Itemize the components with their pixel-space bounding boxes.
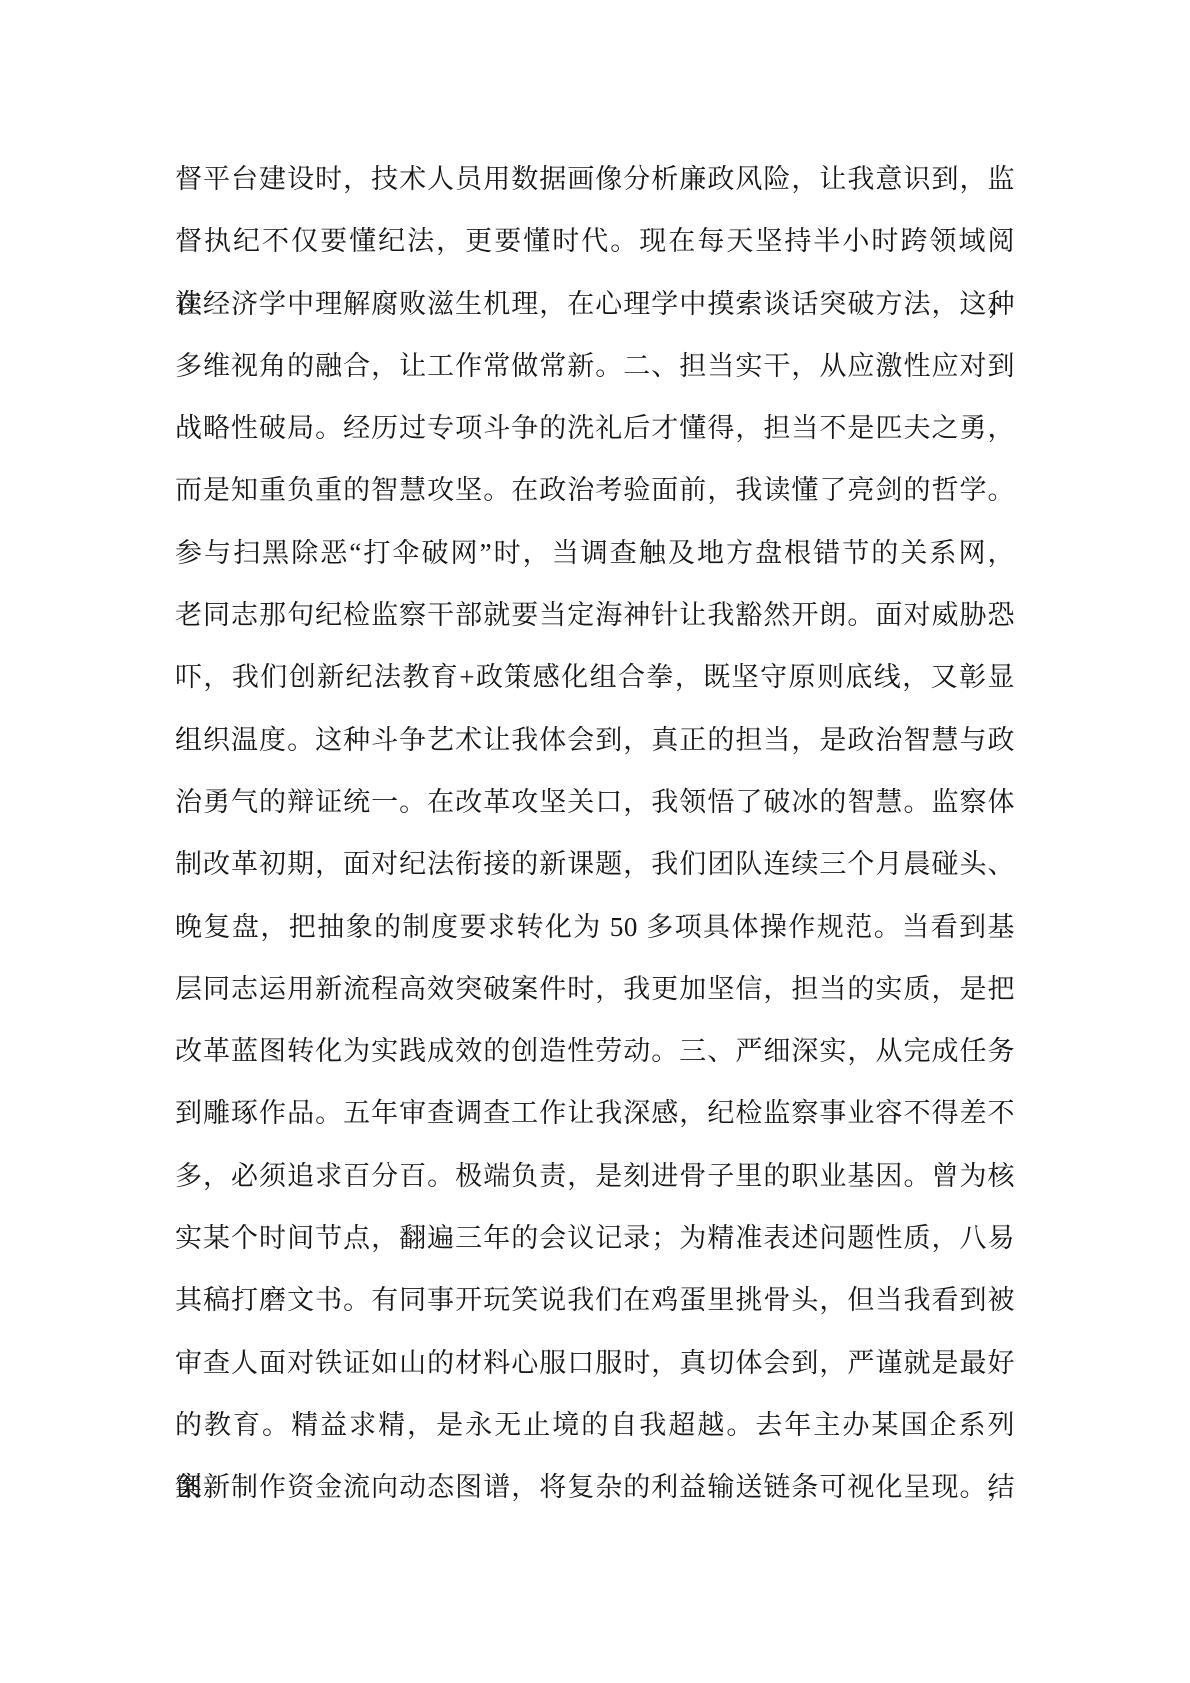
text-line-17: 多，必须追求百分百。极端负责，是刻进骨子里的职业基因。曾为核: [175, 1145, 1015, 1207]
text-line-19: 其稿打磨文书。有同事开玩笑说我们在鸡蛋里挑骨头，但当我看到被: [175, 1269, 1015, 1331]
text-line-6: 而是知重负重的智慧攻坚。在政治考验面前，我读懂了亮剑的哲学。: [175, 459, 1015, 521]
text-line-5: 战略性破局。经历过专项斗争的洗礼后才懂得，担当不是匹夫之勇，: [175, 397, 1015, 459]
text-line-1: 督平台建设时，技术人员用数据画像分析廉政风险，让我意识到，监: [175, 148, 1015, 210]
text-line-22: 创新制作资金流向动态图谱，将复杂的利益输送链条可视化呈现。结: [175, 1456, 1015, 1518]
text-line-2: 督执纪不仅要懂纪法，更要懂时代。现在每天坚持半小时跨领域阅读，: [175, 210, 1015, 272]
text-line-9: 吓，我们创新纪法教育+政策感化组合拳，既坚守原则底线，又彰显: [175, 646, 1015, 708]
text-line-21: 的教育。精益求精，是永无止境的自我超越。去年主办某国企系列案，: [175, 1394, 1015, 1456]
document-page: 督平台建设时，技术人员用数据画像分析廉政风险，让我意识到，监督执纪不仅要懂纪法，…: [0, 0, 1190, 1683]
text-line-12: 制改革初期，面对纪法衔接的新课题，我们团队连续三个月晨碰头、: [175, 833, 1015, 895]
text-line-3: 在经济学中理解腐败滋生机理，在心理学中摸索谈话突破方法，这种: [175, 273, 1015, 335]
text-line-15: 改革蓝图转化为实践成效的创造性劳动。三、严细深实，从完成任务: [175, 1020, 1015, 1082]
text-line-13: 晚复盘，把抽象的制度要求转化为 50 多项具体操作规范。当看到基: [175, 896, 1015, 958]
text-line-11: 治勇气的辩证统一。在改革攻坚关口，我领悟了破冰的智慧。监察体: [175, 771, 1015, 833]
paragraph-body: 督平台建设时，技术人员用数据画像分析廉政风险，让我意识到，监督执纪不仅要懂纪法，…: [175, 148, 1015, 1519]
text-line-20: 审查人面对铁证如山的材料心服口服时，真切体会到，严谨就是最好: [175, 1332, 1015, 1394]
text-line-16: 到雕琢作品。五年审查调查工作让我深感，纪检监察事业容不得差不: [175, 1082, 1015, 1144]
text-line-4: 多维视角的融合，让工作常做常新。二、担当实干，从应激性应对到: [175, 335, 1015, 397]
text-line-10: 组织温度。这种斗争艺术让我体会到，真正的担当，是政治智慧与政: [175, 709, 1015, 771]
text-line-7: 参与扫黑除恶“打伞破网”时，当调查触及地方盘根错节的关系网，: [175, 522, 1015, 584]
text-line-18: 实某个时间节点，翻遍三年的会议记录；为精准表述问题性质，八易: [175, 1207, 1015, 1269]
text-line-8: 老同志那句纪检监察干部就要当定海神针让我豁然开朗。面对威胁恐: [175, 584, 1015, 646]
text-line-14: 层同志运用新流程高效突破案件时，我更加坚信，担当的实质，是把: [175, 958, 1015, 1020]
